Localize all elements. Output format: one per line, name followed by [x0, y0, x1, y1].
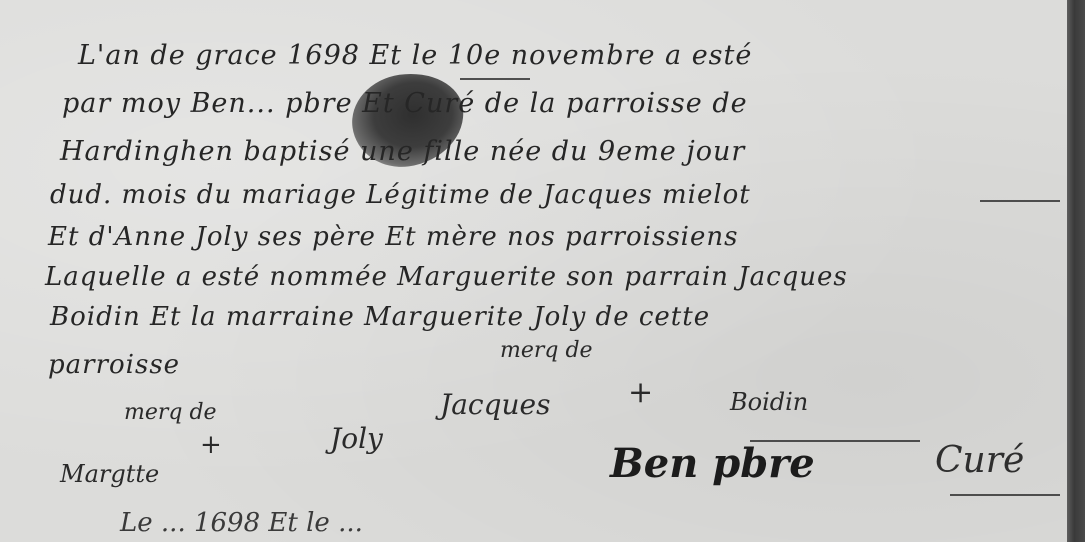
entry-line-3: Hardinghen baptisé une fille née du 9eme… — [60, 136, 745, 167]
priest-title: Curé — [935, 440, 1024, 481]
entry-line-4: dud. mois du mariage Légitime de Jacques… — [50, 180, 751, 210]
priest-signature: Ben pbre — [610, 440, 815, 487]
godmother-first-name: Margtte — [60, 460, 159, 488]
godfather-surname: Boidin — [730, 388, 808, 416]
underline-rule — [460, 78, 530, 80]
next-entry-fragment: Le ... 1698 Et le ... — [120, 508, 363, 538]
entry-line-7: Boidin Et la marraine Marguerite Joly de… — [50, 302, 710, 332]
entry-line-1: L'an de grace 1698 Et le 10e novembre a … — [78, 40, 752, 71]
entry-line-5: Et d'Anne Joly ses père Et mère nos parr… — [48, 222, 738, 252]
godfather-first-name: Jacques — [440, 388, 551, 421]
godmother-surname: Joly — [330, 422, 383, 455]
entry-line-6: Laquelle a esté nommée Marguerite son pa… — [45, 262, 848, 292]
entry-line-8: parroisse — [48, 350, 180, 380]
page-edge-shadow — [1067, 0, 1085, 542]
entry-line-2: par moy Ben... pbre Et Curé de la parroi… — [62, 88, 748, 119]
godmother-cross-mark: + — [200, 430, 222, 460]
godfather-mark-label: merq de — [500, 338, 593, 363]
underline-rule — [980, 200, 1060, 202]
underline-rule — [950, 494, 1060, 496]
godmother-mark-label: merq de — [124, 400, 217, 425]
godfather-cross-mark: + — [628, 375, 653, 410]
register-page: L'an de grace 1698 Et le 10e novembre a … — [0, 0, 1085, 542]
